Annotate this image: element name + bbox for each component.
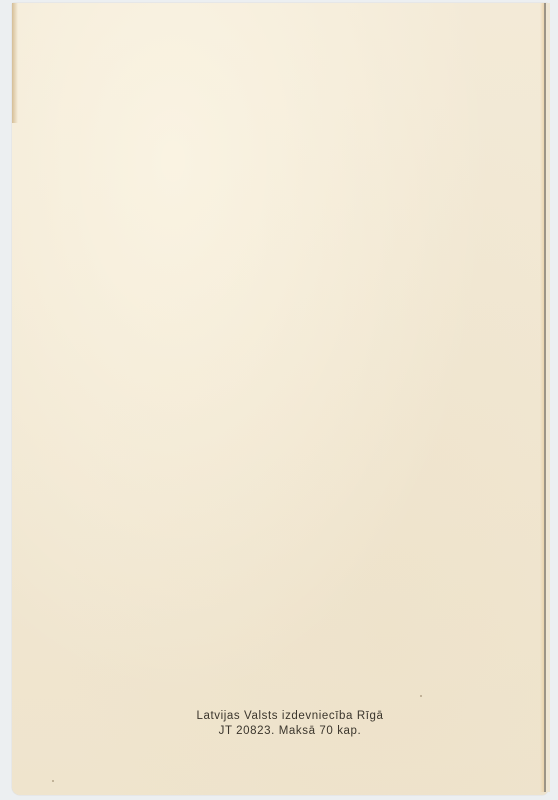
publisher-imprint: Latvijas Valsts izdevniecība Rīgā JT 208… [0, 709, 558, 739]
paper-speck [52, 780, 54, 782]
price-line: JT 20823. Maksā 70 kap. [0, 724, 558, 739]
spine-strip [546, 3, 550, 792]
publisher-line: Latvijas Valsts izdevniecība Rīgā [0, 709, 558, 724]
paper-speck [420, 695, 422, 697]
page-edge-wear [12, 3, 18, 123]
back-cover-page [12, 3, 548, 795]
